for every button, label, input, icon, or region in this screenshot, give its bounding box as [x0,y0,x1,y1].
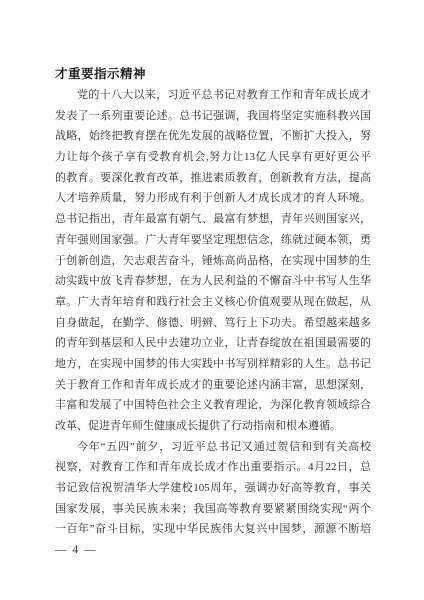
section-heading: 才重要指示精神 [55,64,371,85]
text-line: 自身做起，在勤学、修德、明辨、笃行上下功夫。希望越来越多 [55,313,371,334]
text-line: 视察，对教育工作和青年成长成才作出重要指示。4月22日，总 [55,457,371,478]
text-line: 的青年到基层和人民中去建功立业，让青春绽放在祖国最需要的 [55,333,371,354]
document-body: 党的十八大以来，习近平总书记对教育工作和青年成长成才发表了一系列重要论述。总书记… [55,85,371,540]
text-line: 的教育。要深化教育改革，推进素质教育，创新教育方法，提高 [55,168,371,189]
text-line: 力让每个孩子享有受教育机会,努力让13亿人民享有更好更公平 [55,147,371,168]
text-line: 总书记指出，青年最富有朝气、最富有梦想，青年兴则国家兴， [55,209,371,230]
text-line: 青年强则国家强。广大青年要坚定理想信念，练就过硬本领，勇 [55,230,371,251]
document-page: 才重要指示精神 党的十八大以来，习近平总书记对教育工作和青年成长成才发表了一系列… [0,0,424,600]
text-line: 于创新创造，矢志艰苦奋斗，锤炼高尚品格，在实现中国梦的生 [55,251,371,272]
page-content: 才重要指示精神 党的十八大以来，习近平总书记对教育工作和青年成长成才发表了一系列… [55,64,371,561]
text-line: 国家发展，事关民族未来；我国高等教育要紧紧围绕实现“两个 [55,499,371,520]
text-line: 丰富和发展了中国特色社会主义教育理论，为深化教育领域综合 [55,395,371,416]
text-line: 改革、促进青年师生健康成长提供了行动指南和根本遵循。 [55,416,371,437]
text-line: 书记致信祝贺清华大学建校105周年，强调办好高等教育，事关 [55,478,371,499]
page-number: — 4 — [55,540,371,561]
text-line: 动实践中放飞青春梦想，在为人民利益的不懈奋斗中书写人生华 [55,271,371,292]
text-line: 党的十八大以来，习近平总书记对教育工作和青年成长成才 [55,85,371,106]
text-line: 发表了一系列重要论述。总书记强调，我国将坚定实施科教兴国 [55,106,371,127]
text-line: 一百年”奋斗目标，实现中华民族伟大复兴中国梦，源源不断培 [55,519,371,540]
text-line: 今年“五四”前夕，习近平总书记又通过贺信和到有关高校 [55,437,371,458]
text-line: 战略，始终把教育摆在优先发展的战略位置，不断扩大投入，努 [55,126,371,147]
text-line: 关于教育工作和青年成长成才的重要论述内涵丰富，思想深刻， [55,375,371,396]
text-line: 地方，在实现中国梦的伟大实践中书写别样精彩的人生。总书记 [55,354,371,375]
text-line: 人才培养质量，努力形成有利于创新人才成长成才的育人环境。 [55,188,371,209]
text-line: 章。广大青年培育和践行社会主义核心价值观要从现在做起，从 [55,292,371,313]
